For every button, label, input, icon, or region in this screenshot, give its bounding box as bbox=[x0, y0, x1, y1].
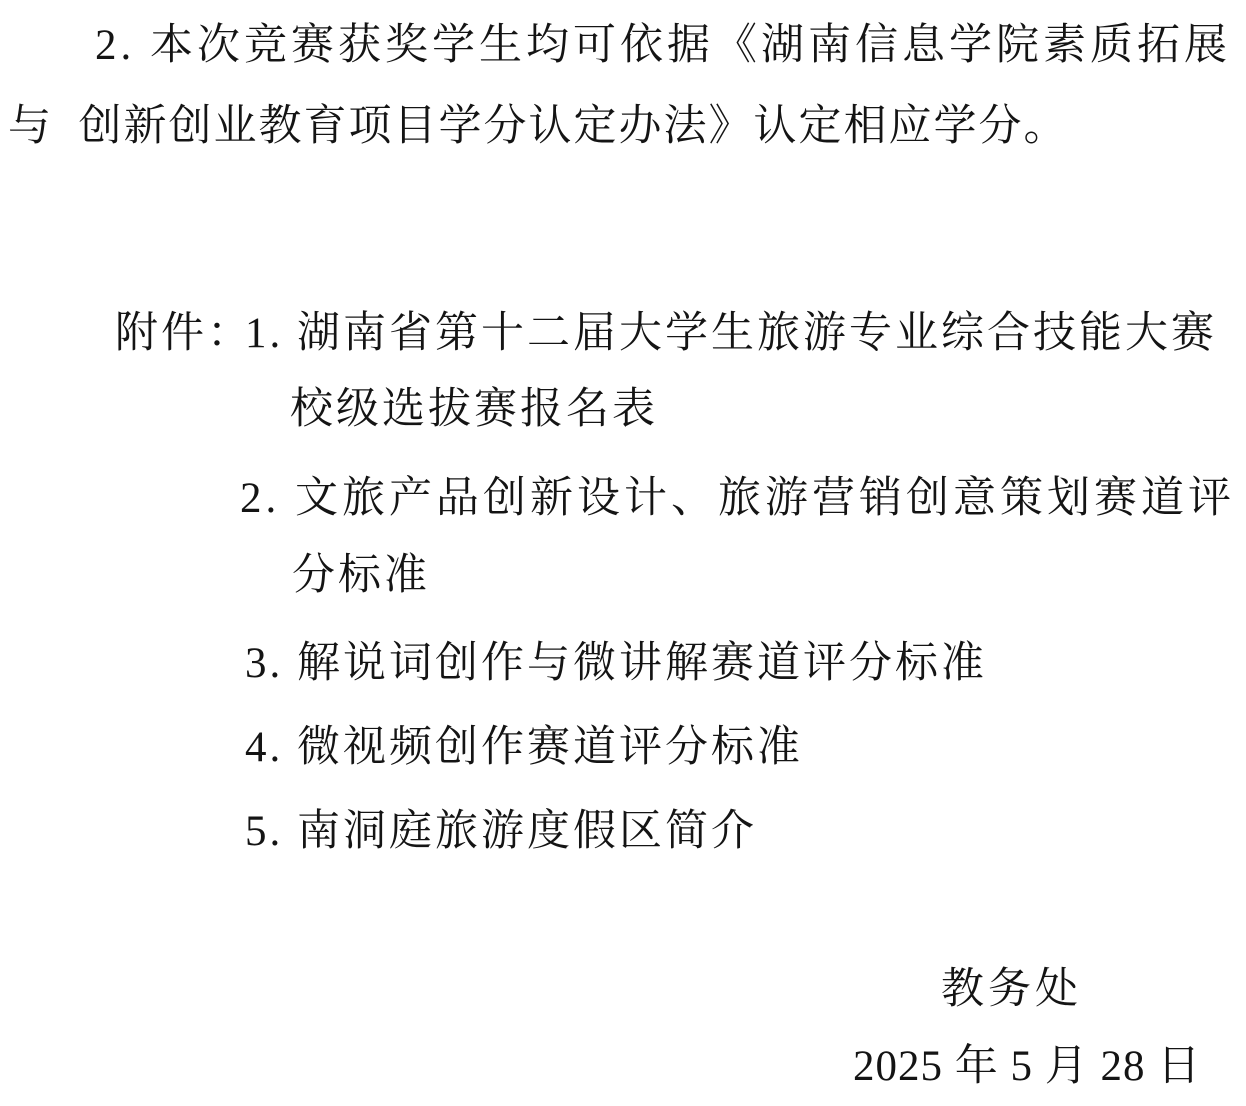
body-paragraph-line-2: 与 创新创业教育项目学分认定办法》认定相应学分。 bbox=[8, 103, 1069, 151]
document-page: 2. 本次竞赛获奖学生均可依据《湖南信息学院素质拓展 与 创新创业教育项目学分认… bbox=[0, 0, 1246, 1106]
signature-date: 2025 年 5 月 28 日 bbox=[853, 1043, 1201, 1091]
attachment-item-1-line-2: 校级选拔赛报名表 bbox=[290, 386, 658, 434]
body-paragraph-line-1: 2. 本次竞赛获奖学生均可依据《湖南信息学院素质拓展 bbox=[95, 22, 1231, 70]
attachments-label: 附件： bbox=[115, 310, 253, 358]
attachment-item-2-line-1: 2. 文旅产品创新设计、旅游营销创意策划赛道评 bbox=[240, 475, 1235, 523]
signature-department: 教务处 bbox=[941, 966, 1082, 1014]
attachment-item-5: 5. 南洞庭旅游度假区简介 bbox=[245, 808, 757, 856]
attachment-item-4: 4. 微视频创作赛道评分标准 bbox=[245, 724, 803, 772]
attachment-item-1-line-1: 1. 湖南省第十二届大学生旅游专业综合技能大赛 bbox=[245, 310, 1217, 358]
attachment-item-2-line-2: 分标准 bbox=[292, 552, 430, 600]
attachment-item-3: 3. 解说词创作与微讲解赛道评分标准 bbox=[245, 640, 987, 688]
